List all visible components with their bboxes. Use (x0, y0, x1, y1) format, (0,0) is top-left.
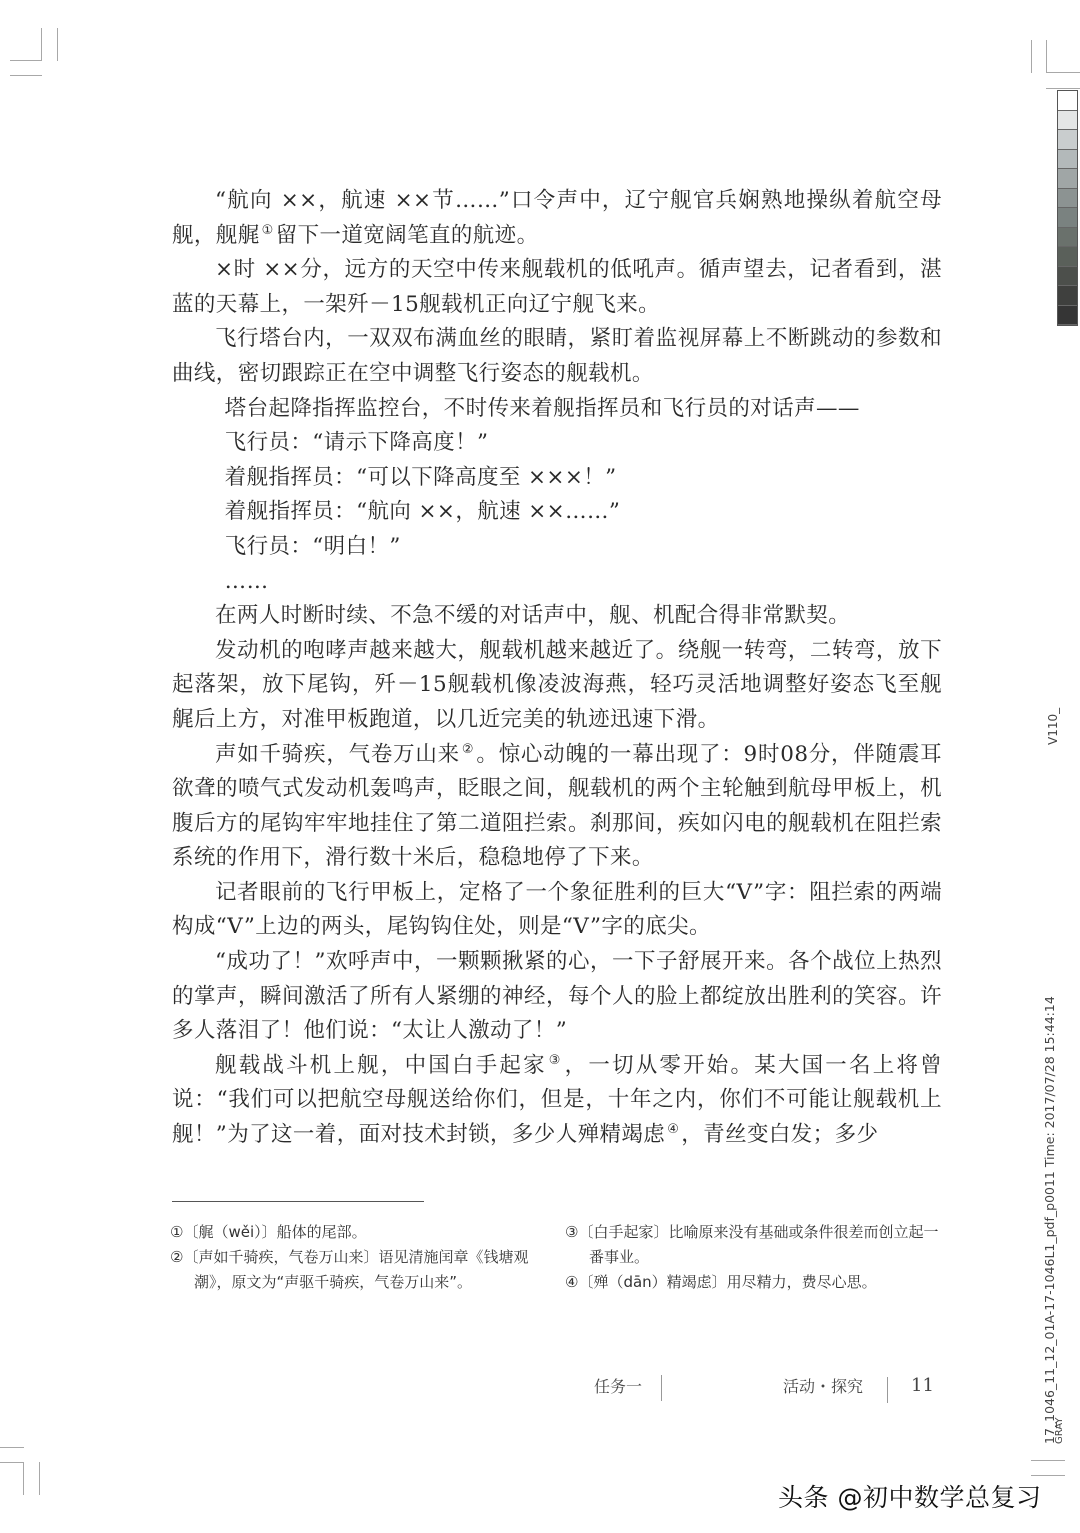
paragraph: “航向 ××，航速 ××节……”口令声中，辽宁舰官兵娴熟地操纵着航空母舰，舰艉①… (172, 184, 942, 253)
paragraph-text: “成功了！”欢呼声中，一颗颗揪紧的心，一下子舒展开来。各个战位上热烈的掌声，瞬间… (172, 949, 942, 1043)
paragraph: 舰载战斗机上舰，中国白手起家③，一切从零开始。某大国一名上将曾说：“我们可以把航… (172, 1049, 942, 1153)
footnote-marker: ③ (549, 1053, 563, 1068)
paragraph-text: 着舰指挥员：“可以下降高度至 ×××！” (225, 465, 617, 490)
crop-mark (1031, 1475, 1065, 1476)
paragraph-text: ，青丝变白发；多少 (681, 1122, 878, 1147)
crop-mark (1046, 40, 1047, 73)
gray-scale-step (1058, 189, 1077, 209)
paragraph-text: 留下一道宽阔笔直的航迹。 (276, 223, 539, 248)
crop-mark (0, 1447, 24, 1448)
gray-scale-step (1058, 306, 1077, 326)
crop-mark (10, 60, 42, 61)
crop-mark (10, 75, 42, 76)
paragraph: 发动机的咆哮声越来越大，舰载机越来越近了。绕舰一转弯，二转弯，放下起落架，放下尾… (172, 634, 942, 738)
footer-section: 活动・探究 (783, 1374, 863, 1397)
crop-mark (23, 1462, 24, 1495)
footer-separator (887, 1377, 888, 1403)
crop-mark (57, 28, 58, 61)
footnote-marker: ① (262, 223, 274, 238)
watermark: 头条 @初中数学总复习 (778, 1478, 1041, 1514)
paragraph-text: 发动机的咆哮声越来越大，舰载机越来越近了。绕舰一转弯，二转弯，放下起落架，放下尾… (172, 638, 942, 732)
gray-scale-step (1058, 208, 1077, 228)
paragraph: 在两人时断时续、不急不缓的对话声中，舰、机配合得非常默契。 (172, 599, 942, 634)
crop-mark (41, 28, 42, 61)
dialog-line: 飞行员：“请示下降高度！” (172, 426, 942, 461)
dialog-line: 塔台起降指挥监控台，不时传来着舰指挥员和飞行员的对话声—— (172, 392, 942, 427)
crop-mark (39, 1462, 40, 1495)
paragraph-text: 舰载战斗机上舰，中国白手起家 (215, 1053, 547, 1078)
gray-label: GRAY (1054, 1418, 1065, 1444)
crop-mark (0, 1462, 24, 1463)
footnote-divider (172, 1201, 424, 1202)
gray-scale-step (1058, 247, 1077, 267)
dialog-line: 飞行员：“明白！” (172, 530, 942, 565)
gray-scale-step (1058, 111, 1077, 131)
footer-task: 任务一 (594, 1374, 642, 1397)
gray-scale-step (1058, 169, 1077, 189)
page-number: 11 (911, 1375, 934, 1396)
crop-mark (1046, 72, 1080, 73)
paragraph-text: …… (225, 569, 269, 594)
dialog-line: 着舰指挥员：“可以下降高度至 ×××！” (172, 461, 942, 496)
gray-scale-step (1058, 228, 1077, 248)
crop-mark (1031, 1460, 1065, 1461)
footnote-marker: ② (462, 742, 474, 757)
paragraph-text: 记者眼前的飞行甲板上，定格了一个象征胜利的巨大“V”字：阻拦索的两端构成“V”上… (172, 880, 942, 940)
paragraph-text: 声如千骑疾，气卷万山来 (215, 742, 460, 767)
paragraph: “成功了！”欢呼声中，一颗颗揪紧的心，一下子舒展开来。各个战位上热烈的掌声，瞬间… (172, 945, 942, 1049)
footnote-4: ④〔殚（dān）精竭虑〕用尽精力，费尽心思。 (565, 1270, 940, 1295)
paragraph-text: 着舰指挥员：“航向 ××，航速 ××……” (225, 499, 621, 524)
crop-mark (1046, 88, 1080, 89)
paragraph-text: 塔台起降指挥监控台，不时传来着舰指挥员和飞行员的对话声—— (225, 396, 860, 421)
dialog-line: 着舰指挥员：“航向 ××，航速 ××……” (172, 495, 942, 530)
gray-scale-bar (1057, 90, 1078, 326)
footnote-2: ②〔声如千骑疾，气卷万山来〕语见清施闰章《钱塘观潮》，原文为“声驱千骑疾，气卷万… (170, 1245, 545, 1295)
paragraph: 声如千骑疾，气卷万山来②。惊心动魄的一幕出现了：9时08分，伴随震耳欲聋的喷气式… (172, 738, 942, 876)
paragraph: 飞行塔台内，一双双布满血丝的眼睛，紧盯着监视屏幕上不断跳动的参数和曲线，密切跟踪… (172, 322, 942, 391)
paragraph: ×时 ××分，远方的天空中传来舰载机的低吼声。循声望去，记者看到，湛蓝的天幕上，… (172, 253, 942, 322)
dialog-line: …… (172, 565, 942, 600)
gray-scale-step (1058, 91, 1077, 111)
gray-scale-step (1058, 286, 1077, 306)
paragraph-text: 飞行员：“请示下降高度！” (225, 430, 489, 455)
crop-mark (1031, 40, 1032, 73)
paragraph-text: ×时 ××分，远方的天空中传来舰载机的低吼声。循声望去，记者看到，湛蓝的天幕上，… (172, 257, 942, 317)
paragraph-text: 在两人时断时续、不急不缓的对话声中，舰、机配合得非常默契。 (215, 603, 850, 628)
footnote-marker: ④ (667, 1122, 679, 1137)
footnotes-right: ③〔白手起家〕比喻原来没有基础或条件很差而创立起一番事业。 ④〔殚（dān）精竭… (565, 1220, 940, 1295)
paragraph-text: 飞行塔台内，一双双布满血丝的眼睛，紧盯着监视屏幕上不断跳动的参数和曲线，密切跟踪… (172, 326, 942, 386)
footnote-1: ①〔艉（wěi）〕船体的尾部。 (170, 1220, 545, 1245)
article-body: “航向 ××，航速 ××节……”口令声中，辽宁舰官兵娴熟地操纵着航空母舰，舰艉①… (172, 184, 942, 1153)
gray-scale-step (1058, 150, 1077, 170)
side-code-label: V110_ (1046, 708, 1060, 745)
paragraph: 记者眼前的飞行甲板上，定格了一个象征胜利的巨大“V”字：阻拦索的两端构成“V”上… (172, 876, 942, 945)
footnotes-left: ①〔艉（wěi）〕船体的尾部。 ②〔声如千骑疾，气卷万山来〕语见清施闰章《钱塘观… (170, 1220, 545, 1295)
print-info-label: 17_1046_11_12_01A-17-1046L1_pdf_p0011 Ti… (1042, 996, 1057, 1444)
gray-scale-step (1058, 130, 1077, 150)
paragraph-text: 飞行员：“明白！” (225, 534, 401, 559)
footer-separator (661, 1375, 662, 1401)
gray-scale-step (1058, 267, 1077, 287)
footnote-3: ③〔白手起家〕比喻原来没有基础或条件很差而创立起一番事业。 (565, 1220, 940, 1270)
